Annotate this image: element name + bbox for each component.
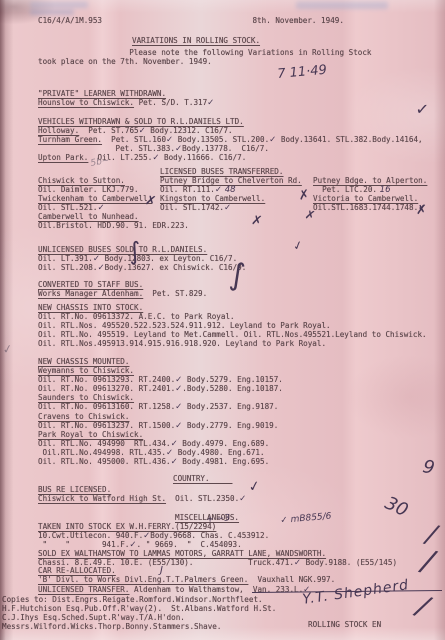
typed-text: Oil. RT.No. 09613293. RT.2400. <box>38 375 175 384</box>
handwritten-annotation: ✗ <box>304 210 316 221</box>
doc-line: Oil. RTL.Nos.495913.914.915.916.918.920.… <box>38 339 427 348</box>
doc-line: Putney Bridge to Chelverton Rd. <box>160 176 313 185</box>
doc-line: Chiswick to Watford High St. Oil. STL.23… <box>38 494 246 503</box>
handwritten-annotation: ✓ <box>292 240 304 251</box>
doc-line: Hounslow to Chiswick. Pet. S/D. T.317✓ <box>38 98 214 107</box>
typed-text: Oil. RT.111. <box>160 185 215 194</box>
typed-underlined-text: LICENSED BUSES TRANSFERRED. <box>160 167 283 176</box>
handwritten-annotation: / <box>426 530 437 541</box>
doc-line: Chiswick to Sutton. <box>38 176 160 185</box>
doc-line: VEHICLES WITHDRAWN & SOLD TO R.L.DANIELS… <box>38 117 423 126</box>
licensed-buses-columns: Chiswick to Sutton.Oil. Daimler. LKJ.779… <box>38 176 445 231</box>
typed-underlined-text: UNLICENSED TRANSFER. <box>38 585 129 594</box>
typed-text: Oil. RTL.No. 495000. RTL.436. <box>38 457 171 466</box>
handwritten-annotation: + ~3 <box>206 514 230 525</box>
private-learner-section: "PRIVATE" LEARNER WITHDRAWN.Hounslow to … <box>38 89 214 107</box>
transfer-column: Chiswick to Sutton.Oil. Daimler. LKJ.779… <box>38 176 160 231</box>
typed-underlined-text: Saunders to Chiswick. <box>38 393 134 402</box>
handwritten-mark: ✓ <box>171 457 178 467</box>
doc-line: ROLLING STOCK EN <box>308 620 381 629</box>
doc-line: NEW CHASSIS INTO STOCK. <box>38 303 427 312</box>
doc-line: Oil. RTL.No. 494990 RTL.434.✓ Body.4979.… <box>38 439 283 448</box>
typed-text: . " 9669. " C.454093. <box>137 540 242 549</box>
typed-underlined-text: Putney Bdge. to Alperton. <box>313 176 427 185</box>
typed-text: Vauxhall NGK.997. <box>248 575 335 584</box>
doc-line: NEW CHASSIS MOUNTED. <box>38 357 283 366</box>
typed-underlined-text: Upton Park. <box>38 153 88 162</box>
typed-text: Oil. RT.No. 09613270. RT.2401. <box>38 384 175 393</box>
doc-line: Oil.Bristol. HDD.90. 91. EDR.223. <box>38 221 160 230</box>
typed-text: Oil. STL.2350. <box>166 494 239 503</box>
doc-line: Oil. STL.521.✓ <box>38 203 160 212</box>
typed-text: Oil. RT.No. 09613372. A.E.C. to Park Roy… <box>38 312 235 321</box>
typed-text: Body.13641. STL.382.Body.14164, <box>276 135 422 144</box>
doc-line: LICENSED BUSES TRANSFERRED. <box>160 167 283 176</box>
handwritten-mark: ✓ <box>97 263 104 273</box>
typed-underlined-text: Putney Bridge to Chelverton Rd. <box>160 176 302 185</box>
typed-text: " " 941.F. <box>43 540 130 549</box>
typed-underlined-text: SOLD EX WALTHAMSTOW TO LAMMAS MOTORS, GA… <box>38 549 326 558</box>
typed-underlined-text: Victoria to Camberwell. <box>313 194 418 203</box>
doc-line: Camberwell to Nunhead. <box>38 212 160 221</box>
typed-text: Body.2779. Eng.9019. <box>182 421 278 430</box>
handwritten-annotation: / <box>422 556 434 567</box>
typed-underlined-text: Cravens to Chiswick. <box>38 412 129 421</box>
handwritten-annotation: ✗ <box>298 190 310 201</box>
typed-text: Body.9668. Chas. C.453912. <box>150 531 269 540</box>
typed-text: Body.11666. C16/7. <box>159 153 246 162</box>
doc-line: 'B' Divl. to Works Divl.Eng.T.T.Palmers … <box>38 575 335 584</box>
doc-line: Oil.RTL.No.494998. RTL.435.✓ Body.4980. … <box>38 448 283 457</box>
doc-line: Oil. RTL.Nos. 495520.522.523.524.911.912… <box>38 321 427 330</box>
typed-underlined-text: Chiswick to Watford High St. <box>38 494 166 503</box>
handwritten-annotation: / <box>417 600 429 612</box>
copies-list: Copies to: Dist.Engrs.Reigate.Romford.Wi… <box>2 595 276 631</box>
doc-line: Cravens to Chiswick. <box>38 412 283 421</box>
typed-underlined-text: Park Royal to Chiswick. <box>38 430 143 439</box>
doc-line: Please note the following Variations in … <box>38 48 372 57</box>
typed-underlined-text: Holloway. <box>38 126 79 135</box>
handwritten-annotation: ✗ <box>416 206 427 215</box>
handwritten-mark: ✓ <box>224 203 231 213</box>
typed-text: Pet. S/D. T.317 <box>134 98 207 107</box>
page-title: VARIATIONS IN ROLLING STOCK. <box>132 36 260 45</box>
typed-text: Body.13505. STL.200. <box>173 135 269 144</box>
doc-line: Oil. RTL.No. 495000. RTL.436.✓ Body.4981… <box>38 457 283 466</box>
doc-line: Copies to: Dist.Engrs.Reigate.Romford.Wi… <box>2 595 276 604</box>
doc-line: Turnham Green. Pet. STL.160✓ Body.13505.… <box>38 135 423 144</box>
faint-stamp-top-left-2 <box>30 9 74 15</box>
typed-text: Body.4980. Eng.671. <box>173 448 264 457</box>
typed-underlined-text: VEHICLES WITHDRAWN & SOLD TO R.L.DANIELS… <box>38 117 244 126</box>
handwritten-mark: ✓ <box>239 494 246 504</box>
typed-underlined-text: CAR RE-ALLOCATED. <box>38 566 116 575</box>
unlicensed-sold-section: UNLICENSED BUSES SOLD TO R.L.DANIELS.Oil… <box>38 245 246 272</box>
doc-line: Oil. RT.No. 09613270. RT.2401.✓.Body.528… <box>38 384 283 393</box>
typed-text: Oil.Bristol. HDD.90. 91. EDR.223. <box>38 221 189 230</box>
country-heading: COUNTRY. <box>173 474 232 483</box>
typed-underlined-text: Weymanns to Chiswick. <box>38 366 134 375</box>
doc-line: "PRIVATE" LEARNER WITHDRAWN. <box>38 89 214 98</box>
doc-line: Kingston to Camberwell. <box>160 194 313 203</box>
transfer-column: Putney Bridge to Chelverton Rd.Oil. RT.1… <box>160 176 313 212</box>
typed-text: Oil. RT.No. 09613160. RT.1258. <box>38 402 175 411</box>
typed-underlined-text: NEW CHASSIS MOUNTED. <box>38 357 129 366</box>
typed-text: Pet. STL.383. <box>116 144 175 153</box>
handwritten-annotation: ✓ <box>2 344 13 355</box>
typed-text: Body.13627. ex Chiswick. C16/9. <box>105 263 247 272</box>
doc-line: Pet. LTC.20. 16 <box>313 185 445 194</box>
typed-text: Pet. ST.765 <box>79 126 138 135</box>
doc-line: Oil. RT.No. 09613372. A.E.C. to Park Roy… <box>38 312 427 321</box>
typed-text: Oil. RTL.Nos. 495520.522.523.524.911.912… <box>38 321 331 330</box>
typed-text: Oil. RT.No. 09613237. RT.1500. <box>38 421 175 430</box>
typed-text: 10.Cwt.Utilecon. 940.F. <box>38 531 143 540</box>
doc-line: " " 941.F.✓. " 9669. " C.454093. <box>38 540 269 549</box>
car-reallocated-section: CAR RE-ALLOCATED.'B' Divl. to Works Divl… <box>38 566 335 584</box>
typed-underlined-text: Works Manager Aldenham. <box>38 289 143 298</box>
typed-underlined-text: Chiswick to Sutton. <box>38 176 125 185</box>
vehicles-withdrawn-section: VEHICLES WITHDRAWN & SOLD TO R.L.DANIELS… <box>38 117 423 162</box>
doc-line: TAKEN INTO STOCK EX W.H.FERRY.(15/2294) <box>38 522 269 531</box>
typed-underlined-text: NEW CHASSIS INTO STOCK. <box>38 303 143 312</box>
typed-text: Oil. LT.391. <box>38 254 93 263</box>
typed-text: Body.12803. ex Leyton. C16/7. <box>100 254 237 263</box>
typed-underlined-text: CONVERTED TO STAFF BUS. <box>38 280 143 289</box>
typed-text: Pet. LTC.20. <box>322 185 377 194</box>
doc-line: Saunders to Chiswick. <box>38 393 283 402</box>
doc-line: Holloway. Pet. ST.765✓ Body.12312. C16/7… <box>38 126 423 135</box>
doc-line: Works Manager Aldenham. Pet. ST.829. <box>38 289 207 298</box>
doc-line: Messrs.Wilford.Wicks.Thorp.Bonny.Stammer… <box>2 622 276 631</box>
typed-text: Oil. STL.208. <box>38 263 97 272</box>
typed-text: ROLLING STOCK EN <box>308 620 381 629</box>
doc-line: CONVERTED TO STAFF BUS. <box>38 280 207 289</box>
typed-underlined-text: VARIATIONS IN ROLLING STOCK. <box>132 36 260 45</box>
doc-line: Park Royal to Chiswick. <box>38 430 283 439</box>
doc-line: H.F.Hutchison Esq.Pub.Off.R'way(2). St.A… <box>2 604 276 613</box>
typed-text: Oil. STL.521. <box>38 203 97 212</box>
new-chassis-mounted-section: NEW CHASSIS MOUNTED.Weymanns to Chiswick… <box>38 357 283 466</box>
doc-line: SOLD EX WALTHAMSTOW TO LAMMAS MOTORS, GA… <box>38 549 397 558</box>
typed-underlined-text: Twickenham to Camberwell. <box>38 194 152 203</box>
typed-text: took place on the 7th. November. 1949. <box>38 57 212 66</box>
typed-text: Body.5279. Eng.10157. <box>182 375 283 384</box>
new-chassis-stock-section: NEW CHASSIS INTO STOCK.Oil. RT.No. 09613… <box>38 303 427 348</box>
typed-underlined-text: "PRIVATE" LEARNER WITHDRAWN. <box>38 89 166 98</box>
typed-text: Copies to: Dist.Engrs.Reigate.Romford.Wi… <box>2 595 263 604</box>
typed-text: Oil. RTL.No. 495519. Leyland to Met.Camm… <box>38 330 427 339</box>
typed-text: H.F.Hutchison Esq.Pub.Off.R'way(2). St.A… <box>2 604 276 613</box>
typed-text: Body.12312. C16/7. <box>146 126 233 135</box>
doc-line: Oil. RT.No. 09613237. RT.1500.✓ Body.277… <box>38 421 283 430</box>
typed-text: Oil. Daimler. LKJ.779. <box>38 185 139 194</box>
typed-text: Body.2537. Eng.9187. <box>182 402 278 411</box>
typed-text: .Body.5280. Eng.10187. <box>182 384 283 393</box>
typed-text: Body.13778. C16/7. <box>182 144 269 153</box>
rolling-stock-stamp: ROLLING STOCK EN <box>308 620 381 629</box>
doc-line: Pet. STL.383.✓Body.13778. C16/7. <box>38 144 423 153</box>
handwritten-annotation: ✓ <box>415 104 429 114</box>
licensed-buses-heading: LICENSED BUSES TRANSFERRED. <box>160 167 283 176</box>
handwritten-annotation: 30 <box>384 498 409 516</box>
typed-text: Please note the following Variations in … <box>129 48 371 57</box>
doc-line: COUNTRY. <box>173 474 232 483</box>
doc-line: C.J.Ihys Esq.Sched.Supt.R'way.T/A.H'don. <box>2 613 276 622</box>
handwritten-annotation: ✓ mB855/6 <box>280 513 332 527</box>
typed-underlined-text: TAKEN INTO STOCK EX W.H.FERRY.(15/2294) <box>38 522 216 531</box>
handwritten-annotation: ✓ <box>248 482 261 493</box>
typed-text: Oil. RTL.Nos.495913.914.915.916.918.920.… <box>38 339 326 348</box>
doc-line: UNLICENSED BUSES SOLD TO R.L.DANIELS. <box>38 245 246 254</box>
typed-underlined-text: COUNTRY. <box>173 474 232 483</box>
typed-underlined-text: Turnham Green. <box>38 135 102 144</box>
typed-text: 8th. November. 1949. <box>252 16 343 25</box>
typed-text: Body.4979. Eng.689. <box>178 439 269 448</box>
typed-text: C.J.Ihys Esq.Sched.Supt.R'way.T/A.H'don. <box>2 613 185 622</box>
handwritten-mark: ✓ <box>207 98 214 108</box>
typed-text: Pet. STL.160 <box>102 135 166 144</box>
bus-relicensed-section: BUS RE LICENSED.Chiswick to Watford High… <box>38 485 246 503</box>
typed-text: Messrs.Wilford.Wicks.Thorp.Bonny.Stammer… <box>2 622 221 631</box>
doc-line: Oil. Daimler. LKJ.779. <box>38 185 160 194</box>
handwritten-annotation: 9 <box>422 462 435 473</box>
typed-text: Oil.RTL.No.494998. RTL.435. <box>43 448 166 457</box>
handwritten-annotation: J <box>160 566 163 575</box>
handwritten-annotation: ∫ <box>229 270 246 281</box>
doc-line: BUS RE LICENSED. <box>38 485 246 494</box>
doc-line: Oil. RTL.No. 495519. Leyland to Met.Camm… <box>38 330 427 339</box>
typed-text: C16/4/A/1M.953 <box>38 16 102 25</box>
typed-text: Pet. ST.829. <box>143 289 207 298</box>
staff-bus-section: CONVERTED TO STAFF BUS.Works Manager Ald… <box>38 280 207 298</box>
handwritten-annotation: ∫ <box>128 247 141 257</box>
ferry-section: TAKEN INTO STOCK EX W.H.FERRY.(15/2294)1… <box>38 522 269 549</box>
doc-line: Oil. STL.1742.✓ <box>160 203 313 212</box>
typed-text: Oil. STL.1742. <box>160 203 224 212</box>
document-page: C16/4/A/1M.9538th. November. 1949.VARIAT… <box>0 0 445 640</box>
doc-line: Victoria to Camberwell. <box>313 194 445 203</box>
doc-line: C16/4/A/1M.9538th. November. 1949. <box>38 16 344 25</box>
faint-stamp-top-left <box>30 1 88 8</box>
doc-line: CAR RE-ALLOCATED. <box>38 566 335 575</box>
handwritten-annotation: ✗ <box>251 216 263 227</box>
doc-line: 10.Cwt.Utilecon. 940.F.✓Body.9668. Chas.… <box>38 531 269 540</box>
reference-line: C16/4/A/1M.9538th. November. 1949. <box>38 16 344 25</box>
handwritten-date: 7 11·49 <box>277 66 327 79</box>
doc-line: Oil. RT.111.✓ 48 <box>160 185 313 194</box>
faint-stamp-top-right <box>296 1 388 9</box>
typed-underlined-text: BUS RE LICENSED. <box>38 485 111 494</box>
doc-line: Weymanns to Chiswick. <box>38 366 283 375</box>
typed-underlined-text: Kingston to Camberwell. <box>160 194 265 203</box>
doc-line: Oil. RT.No. 09613293. RT.2400.✓ Body.527… <box>38 375 283 384</box>
sold-ex-walthamstow-section: SOLD EX WALTHAMSTOW TO LAMMAS MOTORS, GA… <box>38 549 397 567</box>
typed-underlined-text: Camberwell to Nunhead. <box>38 212 139 221</box>
typed-underlined-text: 'B' Divl. to Works Divl.Eng.T.T.Palmers … <box>38 575 248 584</box>
typed-text: Oil. RTL.No. 494990 RTL.434. <box>38 439 171 448</box>
doc-line: Oil. RT.No. 09613160. RT.1258.✓ Body.253… <box>38 402 283 411</box>
doc-line: Putney Bdge. to Alperton. <box>313 176 445 185</box>
typed-underlined-text: UNLICENSED BUSES SOLD TO R.L.DANIELS. <box>38 245 207 254</box>
handwritten-annotation: ✗ <box>144 196 156 207</box>
doc-line: VARIATIONS IN ROLLING STOCK. <box>132 36 260 45</box>
handwritten-annotation: 5b~ <box>90 157 110 169</box>
typed-underlined-text: Hounslow to Chiswick. <box>38 98 134 107</box>
signature: Y.T. Shepherd <box>302 581 410 605</box>
typed-text: Oil.STL.1683.1744.1748. <box>313 203 418 212</box>
doc-line: Twickenham to Camberwell. <box>38 194 160 203</box>
typed-text: Body.4981. Eng.695. <box>178 457 269 466</box>
